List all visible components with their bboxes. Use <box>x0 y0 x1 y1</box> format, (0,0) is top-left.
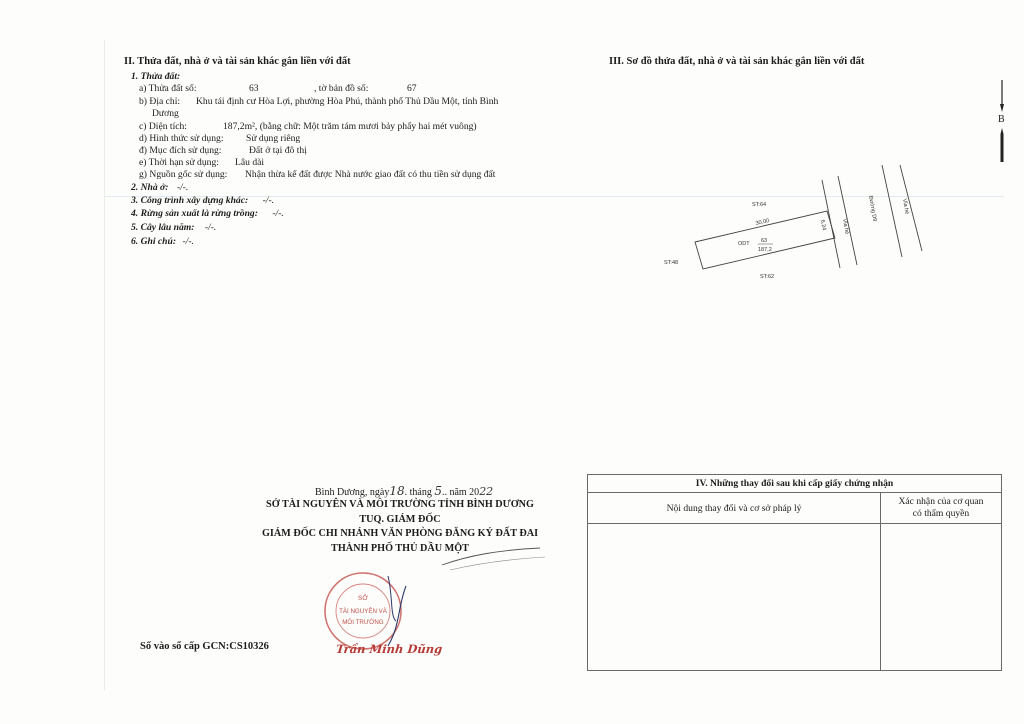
svg-text:6,24: 6,24 <box>819 219 827 231</box>
changes-table: IV. Những thay đổi sau khi cấp giấy chứn… <box>587 474 1002 671</box>
perennial-trees-label: 5. Cây lâu năm: <box>131 222 194 233</box>
address-value-line2: Dương <box>152 108 179 119</box>
perennial-trees-value: -/-. <box>205 222 216 233</box>
other-construction-label: 3. Công trình xây dựng khác: <box>131 195 248 206</box>
section-2-title: II. Thửa đất, nhà ở và tài sản khác gắn … <box>124 56 351 67</box>
address-value-line1: Khu tái định cư Hòa Lợi, phường Hòa Phú,… <box>196 96 498 107</box>
usage-term-value: Lâu dài <box>235 157 264 168</box>
usage-purpose-value: Đất ở tại đô thị <box>249 145 307 156</box>
date-year-suffix: 22 <box>479 485 493 498</box>
svg-text:ODT: ODT <box>738 241 750 247</box>
parcel-number-row: a) Thửa đất số: 63 , tờ bản đồ số: 67 <box>139 83 197 94</box>
svg-text:30,00: 30,00 <box>755 218 770 227</box>
house-value: -/-. <box>177 182 188 193</box>
forest-value: -/-. <box>272 208 283 219</box>
usage-term-row: e) Thời hạn sử dụng: Lâu dài <box>139 157 219 168</box>
usage-origin-row: g) Nguồn gốc sử dụng: Nhận thừa kế đất đ… <box>139 169 227 180</box>
signature-stroke-icon <box>440 545 550 575</box>
svg-text:187,2: 187,2 <box>758 247 772 253</box>
area-row: c) Diện tích: 187,2m², (bằng chữ: Một tr… <box>139 121 187 132</box>
registry-number: Số vào sổ cấp GCN:CS10326 <box>140 641 269 652</box>
usage-form-label: d) Hình thức sử dụng: <box>139 133 223 144</box>
section-4-title: IV. Những thay đổi sau khi cấp giấy chứn… <box>588 475 1002 493</box>
svg-text:ST:64: ST:64 <box>752 202 766 208</box>
place-date: Bình Dương, ngày18. tháng 5.. năm 2022 <box>315 484 493 498</box>
forest-label: 4. Rừng sản xuất là rừng trồng: <box>131 208 258 219</box>
map-sheet-value: 67 <box>407 83 417 94</box>
svg-text:Đường D9: Đường D9 <box>867 195 877 222</box>
usage-origin-value: Nhận thừa kế đất được Nhà nước giao đất … <box>245 169 495 180</box>
notes-label: 6. Ghi chú: <box>131 236 176 247</box>
svg-text:MÔI TRƯỜNG: MÔI TRƯỜNG <box>342 619 384 626</box>
parcel-diagram: ST:64 ST:62 ST:48 30,00 6,24 ODT 63 187,… <box>640 165 940 295</box>
date-year-prefix: năm 20 <box>449 487 479 498</box>
other-construction-item: 3. Công trình xây dựng khác: -/-. <box>131 195 274 206</box>
usage-purpose-row: đ) Mục đích sử dụng: Đất ở tại đô thị <box>139 145 221 156</box>
north-label: B <box>998 114 1005 125</box>
date-month: 5 <box>434 484 442 498</box>
parcel-number-label: a) Thửa đất số: <box>139 83 197 94</box>
svg-text:63: 63 <box>761 238 767 244</box>
address-row: b) Địa chỉ: Khu tái định cư Hòa Lợi, phư… <box>139 96 180 107</box>
confirmation-content-cell <box>881 524 1002 671</box>
parcel-heading: 1. Thửa đất: <box>131 71 180 82</box>
agency-name: SỞ TÀI NGUYÊN VÀ MÔI TRƯỜNG TỈNH BÌNH DƯ… <box>222 499 578 510</box>
notes-item: 6. Ghi chú: -/-. <box>131 236 194 247</box>
confirmation-column-header: Xác nhận của cơ quan có thẩm quyền <box>881 493 1002 524</box>
on-behalf-label: TUQ. GIÁM ĐỐC <box>222 514 578 525</box>
usage-term-label: e) Thời hạn sử dụng: <box>139 157 219 168</box>
usage-form-value: Sử dụng riêng <box>246 133 300 144</box>
date-month-prefix: tháng <box>410 487 432 498</box>
confirmation-header-line1: Xác nhận của cơ quan <box>881 496 1001 508</box>
svg-text:SỞ: SỞ <box>358 593 368 602</box>
svg-text:Vỉa hè: Vỉa hè <box>841 218 851 235</box>
forest-item: 4. Rừng sản xuất là rừng trồng: -/-. <box>131 208 284 219</box>
usage-purpose-label: đ) Mục đích sử dụng: <box>139 145 221 156</box>
date-day: 18 <box>389 484 404 498</box>
area-value: 187,2m², (bằng chữ: Một trăm tám mươi bả… <box>223 121 477 132</box>
parcel-number-value: 63 <box>249 83 259 94</box>
place-date-prefix: Bình Dương, ngày <box>315 487 389 498</box>
usage-form-row: d) Hình thức sử dụng: Sử dụng riêng <box>139 133 223 144</box>
usage-origin-label: g) Nguồn gốc sử dụng: <box>139 169 227 180</box>
page-fold-line <box>104 40 105 690</box>
notes-value: -/-. <box>182 236 193 247</box>
map-sheet-label: , tờ bản đồ số: <box>314 83 368 94</box>
other-construction-value: -/-. <box>263 195 274 206</box>
section-3-title: III. Sơ đồ thửa đất, nhà ở và tài sản kh… <box>609 56 864 67</box>
svg-text:TÀI NGUYÊN VÀ: TÀI NGUYÊN VÀ <box>339 607 388 615</box>
signer-title-line1: GIÁM ĐỐC CHI NHÁNH VĂN PHÒNG ĐĂNG KÝ ĐẤT… <box>222 528 578 539</box>
house-label: 2. Nhà ở: <box>131 182 168 193</box>
perennial-trees-item: 5. Cây lâu năm: -/-. <box>131 222 216 233</box>
area-label: c) Diện tích: <box>139 121 187 132</box>
svg-text:ST:62: ST:62 <box>760 274 774 280</box>
changes-content-cell <box>588 524 881 671</box>
confirmation-header-line2: có thẩm quyền <box>881 508 1001 520</box>
svg-text:ST:48: ST:48 <box>664 260 678 266</box>
house-item: 2. Nhà ở: -/-. <box>131 182 188 193</box>
address-label: b) Địa chỉ: <box>139 96 180 107</box>
changes-column-header: Nội dung thay đổi và cơ sở pháp lý <box>588 493 881 524</box>
signer-name: Trần Minh Dũng <box>335 642 443 656</box>
